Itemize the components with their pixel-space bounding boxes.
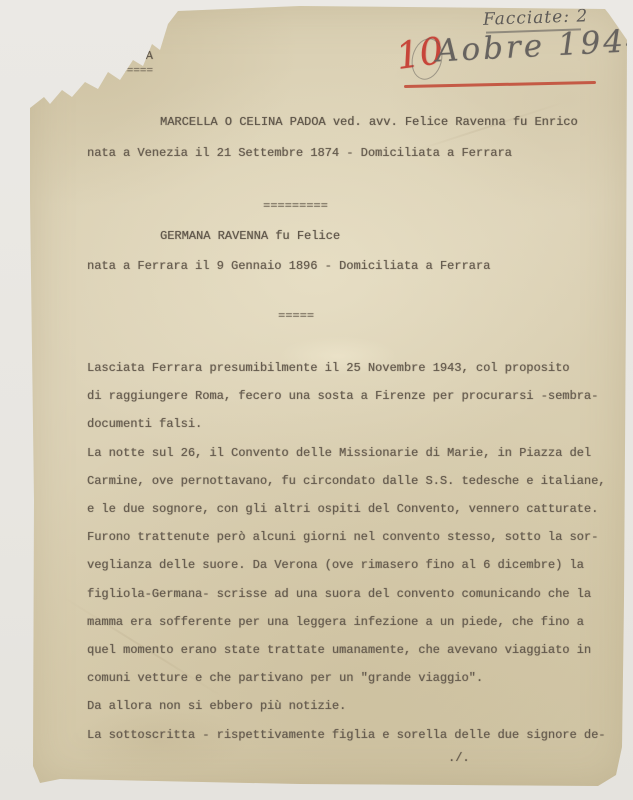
subject2-birth-line: nata a Ferrara il 9 Gennaio 1896 - Domic… (87, 259, 490, 273)
body-line: di raggiungere Roma, fecero una sosta a … (87, 389, 598, 403)
copy-stamp: C O P I A (88, 49, 153, 63)
handwritten-date: Aobre 1944 (435, 22, 633, 69)
copy-stamp-underline: ========== (87, 65, 153, 77)
subject2-name-line: GERMANA RAVENNA fu Felice (160, 229, 340, 243)
body-line: La notte sul 26, il Convento delle Missi… (87, 446, 591, 460)
typewritten-page: Facciate: 2 10 Aobre 1944 C O P I A ====… (28, 6, 628, 788)
body-line: comuni vetture e che partivano per un "g… (87, 671, 483, 685)
body-line: La sottoscritta - rispettivamente figlia… (87, 728, 605, 742)
body-line: Carmine, ove pernottavano, fu circondato… (87, 474, 605, 488)
body-line: quel momento erano state trattate umanam… (87, 643, 591, 657)
body-line: figliola-Germana- scrisse ad una suora d… (87, 587, 591, 601)
body-line: e le due sognore, con gli altri ospiti d… (87, 502, 598, 516)
separator: ===== (278, 310, 314, 322)
body-line: Da allora non si ebbero più notizie. (87, 699, 346, 713)
body-line: veglianza delle suore. Da Verona (ove ri… (87, 558, 584, 572)
pencil-tick-mark (89, 35, 93, 58)
separator: ========= (263, 200, 328, 212)
body-line: Furono trattenute però alcuni giorni nel… (87, 530, 598, 544)
body-line: Lasciata Ferrara presumibilmente il 25 N… (87, 361, 569, 375)
continuation-mark: ./. (448, 751, 470, 765)
body-line: mamma era sofferente per una leggera inf… (87, 615, 584, 629)
body-line: documenti falsi. (87, 417, 202, 431)
red-pencil-underline (404, 81, 596, 88)
subject1-name-line: MARCELLA O CELINA PADOA ved. avv. Felice… (160, 115, 578, 129)
subject1-birth-line: nata a Venezia il 21 Settembre 1874 - Do… (87, 146, 512, 160)
scan-background: { "page": { "background_color": "#e9e7e2… (0, 0, 633, 800)
